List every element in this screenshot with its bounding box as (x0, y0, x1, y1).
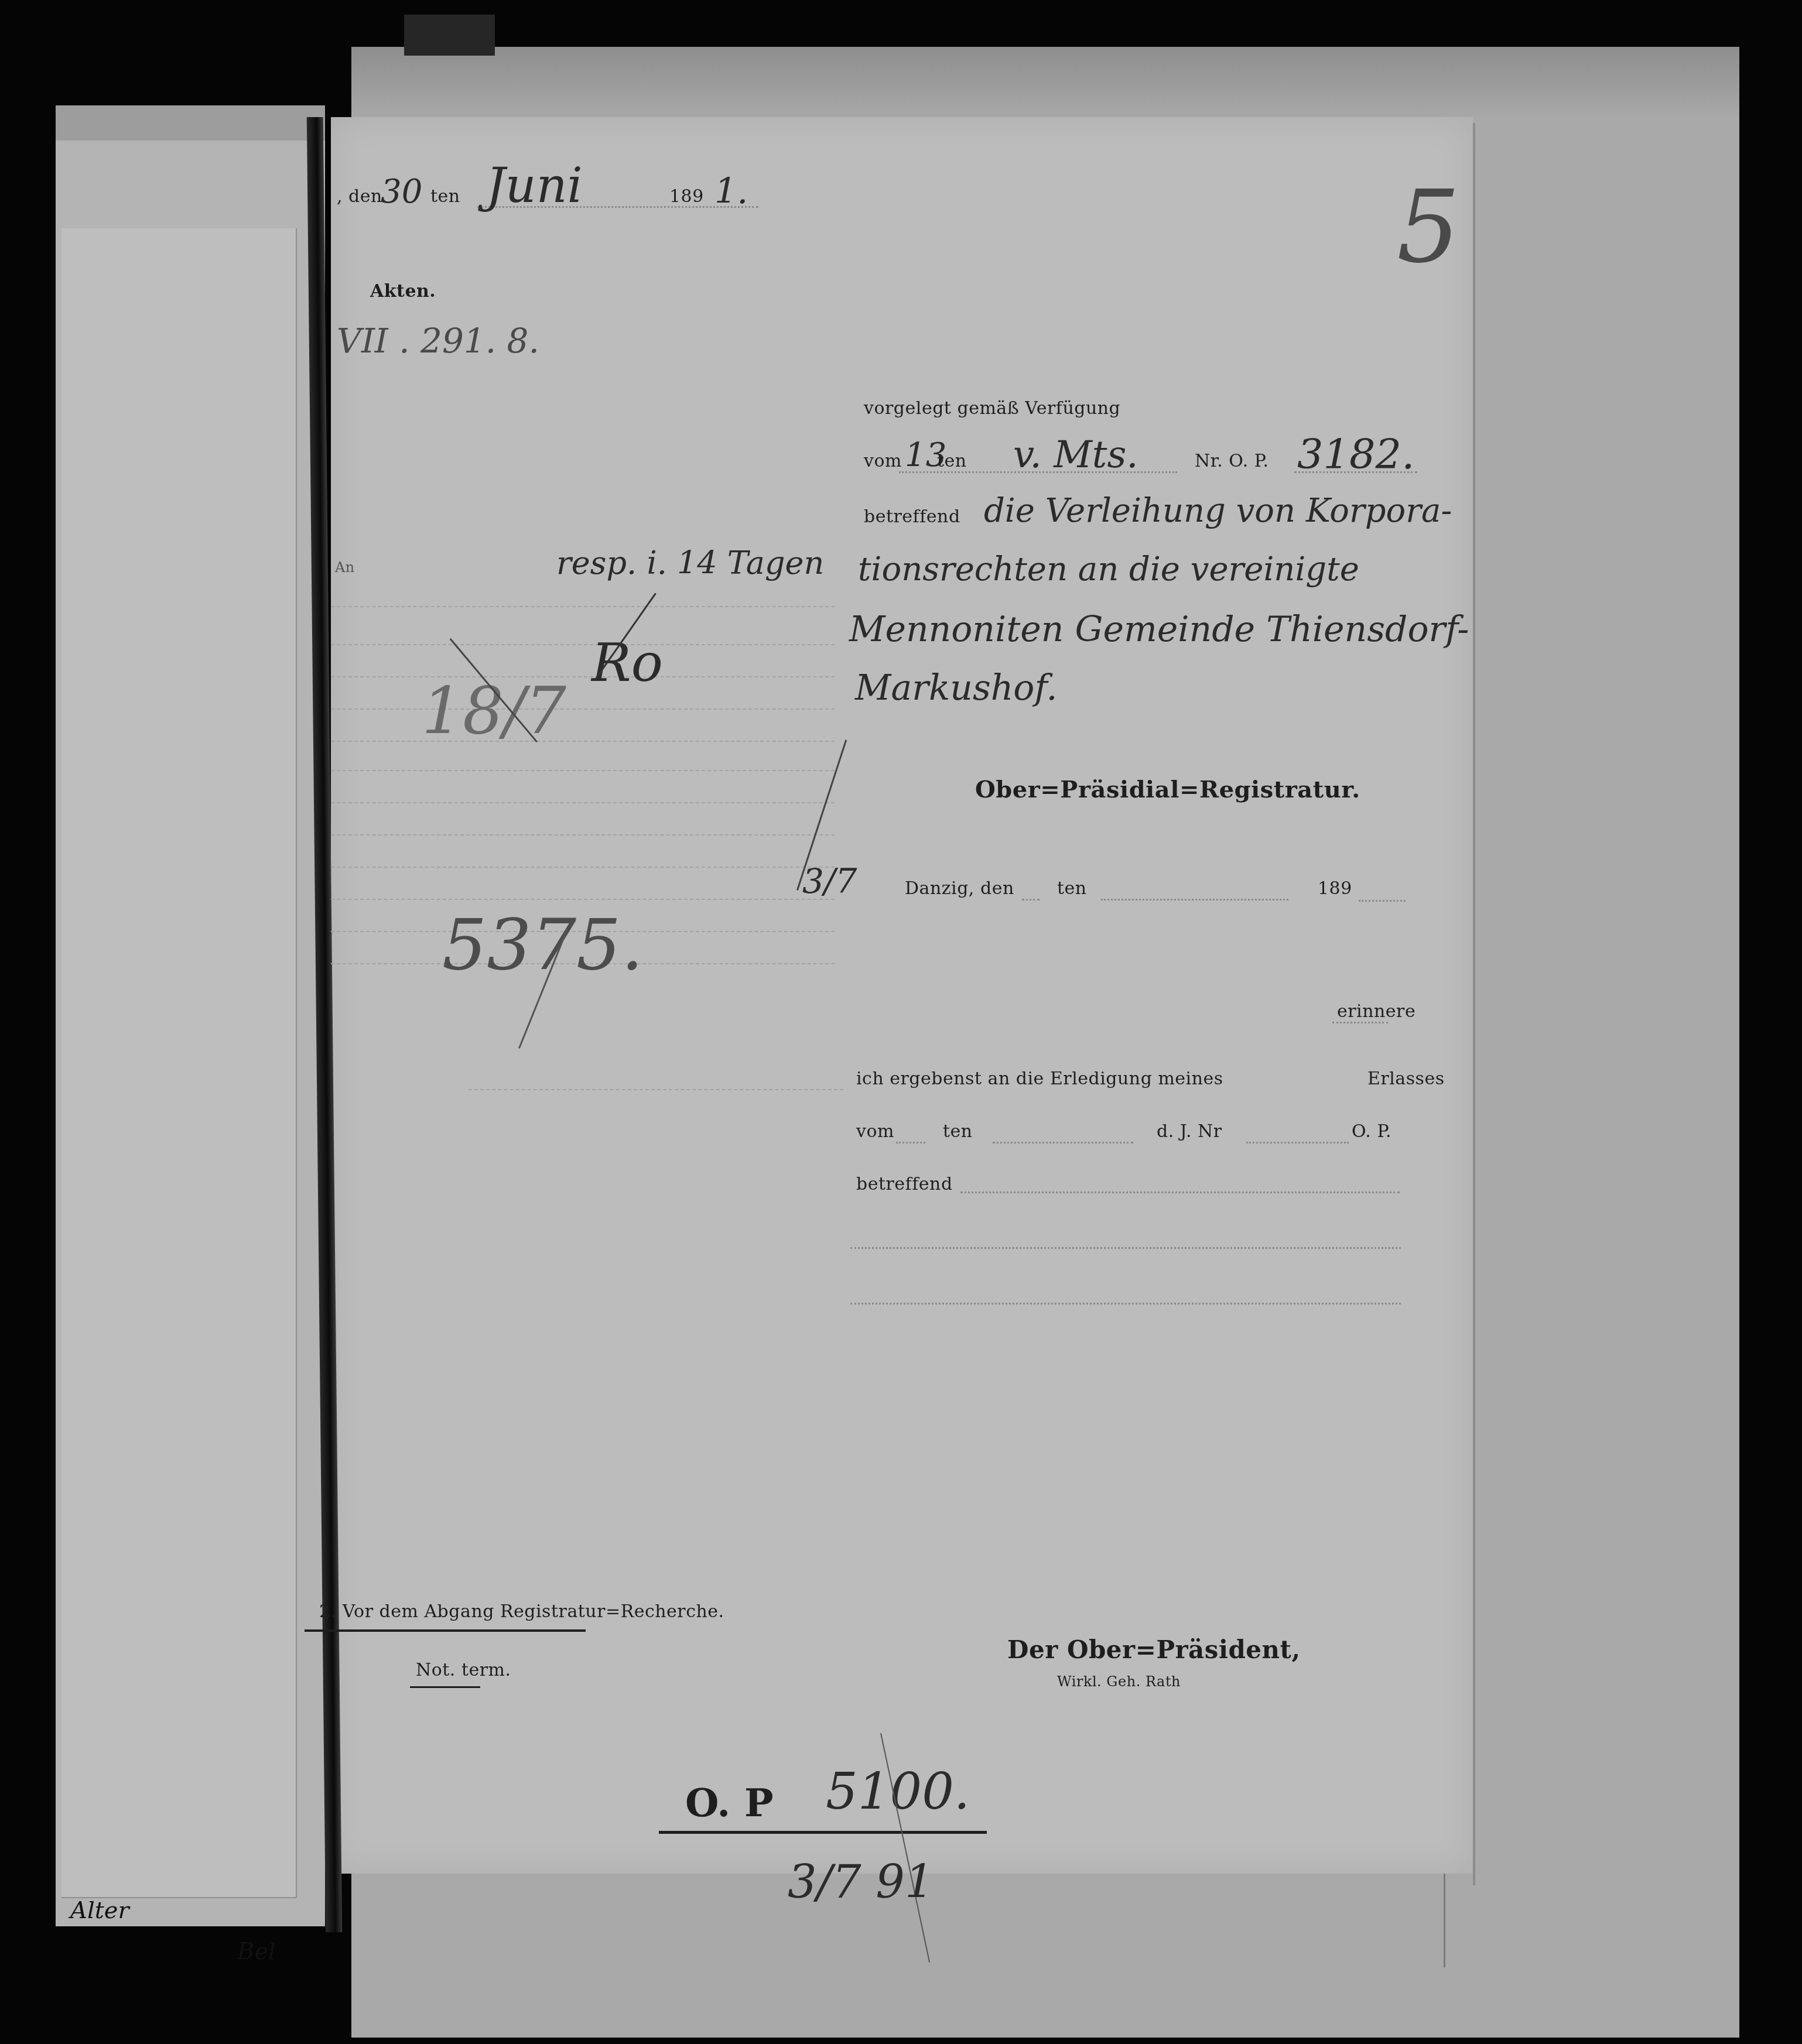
registry-title: Ober=Präsidial=Registratur. (975, 776, 1360, 803)
ruled-line (331, 644, 835, 645)
ruled-line (331, 867, 835, 868)
margin-glyph: An (335, 559, 355, 576)
signature-rank: Wirkl. Geh. Rath (1057, 1673, 1181, 1690)
file-tab (404, 15, 495, 56)
submission-nr-value: 3182. (1297, 430, 1414, 478)
registry-erlasses: Erlasses (1367, 1069, 1445, 1089)
left-page-top-band (56, 105, 325, 141)
registry-day-dots (1022, 899, 1040, 901)
date-day: 30 (381, 173, 422, 211)
registry-ten: ten (1057, 878, 1087, 899)
registry-dj-nr: d. J. Nr (1157, 1121, 1222, 1142)
left-scrap-word-2: Bel (237, 1938, 276, 1965)
registry-year-dots (1359, 900, 1406, 902)
registry-betreffend-dots (960, 1192, 1400, 1193)
submission-vom-label: vom (864, 451, 902, 471)
signature-title: Der Ober=Präsident, (1007, 1635, 1301, 1664)
ruled-line (331, 606, 835, 607)
erinnere-dots (1332, 1022, 1388, 1023)
reply-note: resp. i. 14 Tagen (556, 545, 824, 581)
submission-vom-month: v. Mts. (1013, 433, 1138, 477)
not-term-rule (410, 1686, 480, 1688)
date-month: Juni (486, 158, 583, 214)
subject-line-3: Mennoniten Gemeinde Thiensdorf- (849, 609, 1469, 650)
ruled-line (331, 708, 835, 710)
registry-place-date: Danzig, den (905, 878, 1014, 899)
initials-note: Ro (591, 632, 663, 694)
date-prefix: , den (337, 186, 382, 207)
footer-instruction-rule (305, 1629, 586, 1632)
left-page (56, 105, 325, 1926)
akten-number: VII . 291. 8. (337, 321, 539, 361)
ruled-line (469, 1089, 843, 1090)
ruled-line (331, 741, 835, 742)
registry-month-dots (1101, 899, 1288, 901)
op-date: 3/7 91 (788, 1856, 934, 1909)
submission-nr-label: Nr. O. P. (1195, 451, 1268, 471)
pencil-date-note: 18/7 (422, 673, 566, 748)
subject-line-1: die Verleihung von Korpora- (984, 492, 1452, 530)
registry-blank-line-1 (850, 1247, 1401, 1249)
submission-vom-ten: ten (937, 451, 967, 471)
fraction-note: 3/7 (802, 867, 837, 896)
registry-reminder-line: ich ergebenst an die Erledigung meines (856, 1069, 1223, 1089)
akten-label: Akten. (370, 281, 436, 302)
ruled-line (331, 802, 835, 803)
footer-not-term: Not. term. (416, 1660, 511, 1680)
op-rule (659, 1831, 987, 1834)
registry-betreffend-label: betreffend (856, 1174, 953, 1194)
ruled-line (331, 676, 835, 677)
submission-line: vorgelegt gemäß Verfügung (864, 398, 1120, 419)
registry-erinnere: erinnere (1337, 1001, 1415, 1022)
registry-vom-dots (896, 1142, 925, 1143)
ruled-line (331, 899, 835, 900)
pencil-number-note: 5375. (442, 905, 644, 986)
ruled-line (331, 770, 835, 771)
registry-year: 189 (1318, 878, 1352, 899)
torn-top-edge (351, 47, 1739, 117)
left-page-inner-card (61, 228, 297, 1898)
registry-vom-month-dots (993, 1142, 1133, 1143)
footer-instruction: 2. Vor dem Abgang Registratur=Recherche. (319, 1601, 724, 1622)
left-scrap-word-1: Alter (70, 1897, 129, 1924)
date-year-hand: 1. (714, 171, 748, 212)
page-right-edge (1473, 123, 1475, 1885)
folio-number: 5 (1397, 170, 1460, 286)
registry-nr-dots (1246, 1142, 1349, 1143)
registry-vom-ten: ten (943, 1121, 973, 1142)
subject-line-2: tionsrechten an die vereinigte (858, 550, 1359, 588)
date-ten: ten (430, 186, 460, 207)
op-label: O. P (685, 1780, 774, 1826)
date-year-printed: 189 (669, 186, 704, 207)
registry-vom-label: vom (856, 1121, 894, 1142)
registry-op: O. P. (1352, 1121, 1391, 1142)
subject-line-4: Markushof. (855, 667, 1058, 708)
submission-betreffend-label: betreffend (864, 506, 960, 527)
registry-blank-line-2 (850, 1303, 1401, 1305)
ruled-line (331, 834, 835, 836)
